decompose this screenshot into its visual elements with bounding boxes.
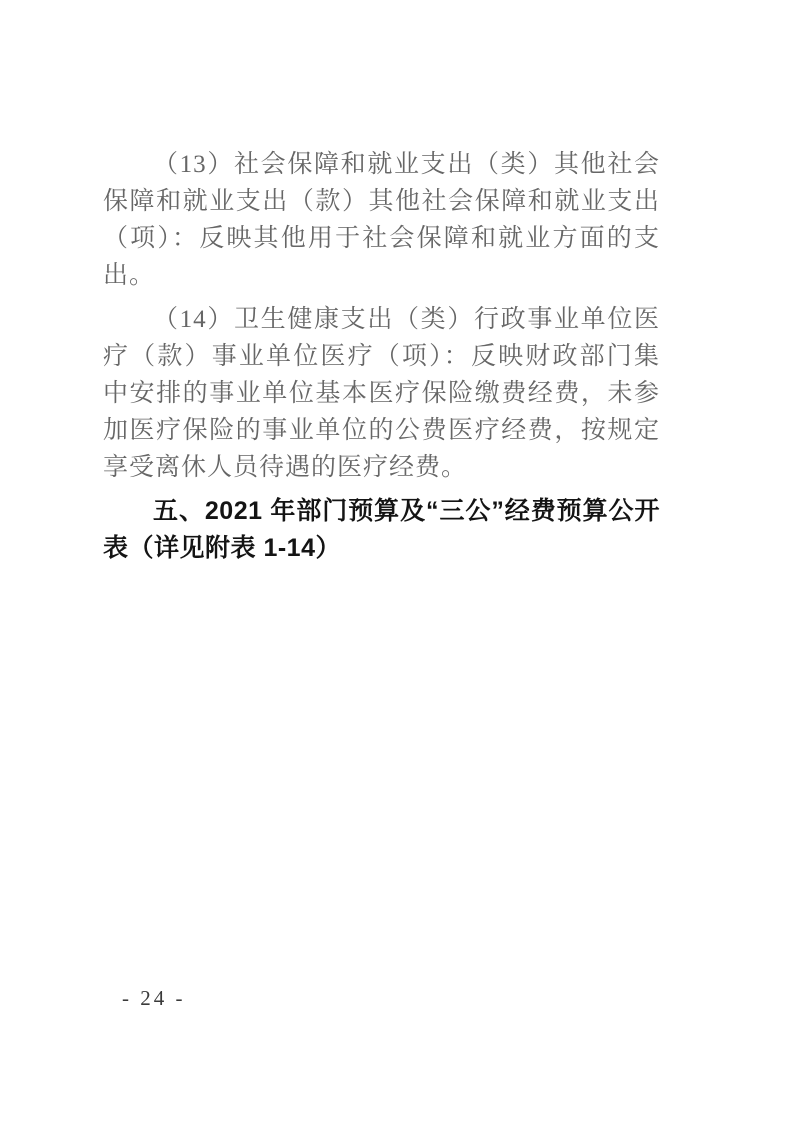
paragraph-item-13: （13）社会保障和就业支出（类）其他社会保障和就业支出（款）其他社会保障和就业支… xyxy=(103,146,660,294)
document-page: （13）社会保障和就业支出（类）其他社会保障和就业支出（款）其他社会保障和就业支… xyxy=(0,0,793,1122)
section-5-heading: 五、2021 年部门预算及“三公”经费预算公开表（详见附表 1-14） xyxy=(103,493,660,567)
page-content: （13）社会保障和就业支出（类）其他社会保障和就业支出（款）其他社会保障和就业支… xyxy=(103,146,660,567)
paragraph-item-14: （14）卫生健康支出（类）行政事业单位医疗（款）事业单位医疗（项）：反映财政部门… xyxy=(103,301,660,486)
page-number: - 24 - xyxy=(122,986,186,1011)
